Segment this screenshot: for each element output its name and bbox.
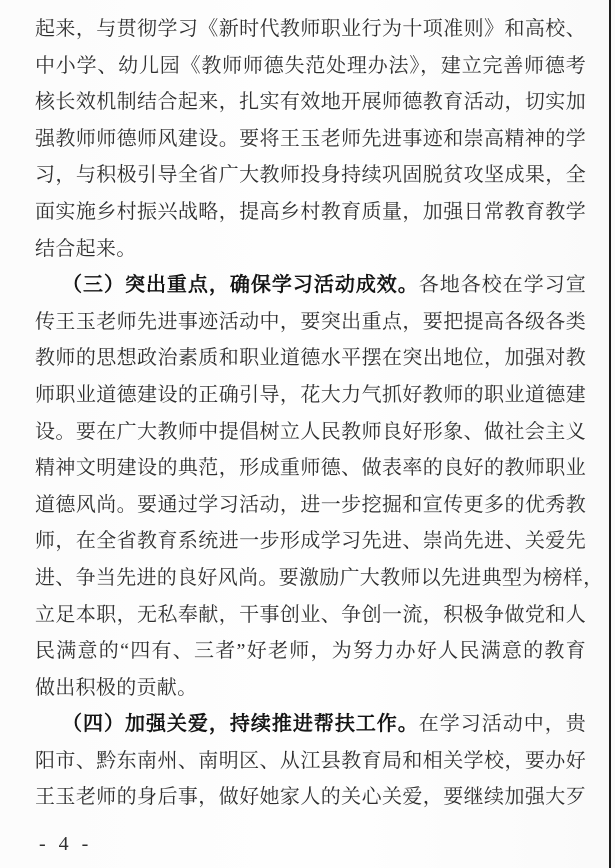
text-line: 民满意的“四有、三者”好老师，为努力办好人民满意的教育	[35, 633, 586, 670]
text-line: 道德风尚。要通过学习活动，进一步挖掘和宣传更多的优秀教	[35, 487, 586, 524]
text-line: 做出积极的贡献。	[35, 670, 586, 707]
document-page: 起来，与贯彻学习《新时代教师职业行为十项准则》和高校、中小学、幼儿园《教师师德失…	[0, 0, 615, 868]
text-segment: 结合起来。	[35, 238, 137, 260]
text-segment: 阳市、黔东南州、南明区、从江县教育局和相关学校，要办好	[35, 750, 586, 772]
text-line: 中小学、幼儿园《教师师德失范处理办法》，建立完善师德考	[35, 48, 586, 85]
text-line: 结合起来。	[35, 231, 586, 268]
text-line: 面实施乡村振兴战略，提高乡村教育质量，加强日常教育教学	[35, 194, 586, 231]
text-segment: 在学习活动中，贵	[419, 713, 586, 735]
paragraph-heading-line: （四）加强关爱，持续推进帮扶工作。在学习活动中，贵	[35, 706, 586, 743]
text-segment: 进、争当先进的良好风尚。要激励广大教师以先进典型为榜样，	[35, 567, 603, 589]
text-line: 起来，与贯彻学习《新时代教师职业行为十项准则》和高校、	[35, 11, 586, 48]
text-segment: 师，在全省教育系统进一步形成学习先进、崇尚先进、关爱先	[35, 530, 586, 552]
text-segment: 立足本职，无私奉献，干事创业、争创一流，积极争做党和人	[35, 604, 586, 626]
text-line: 立足本职，无私奉献，干事创业、争创一流，积极争做党和人	[35, 597, 586, 634]
text-segment: 精神文明建设的典范，形成重师德、做表率的良好的教师职业	[35, 457, 586, 479]
text-segment: 民满意的“四有、三者”好老师，为努力办好人民满意的教育	[35, 640, 586, 662]
scan-edge-line	[609, 0, 611, 868]
text-segment: 做出积极的贡献。	[35, 677, 197, 699]
text-segment: 强教师师德师风建设。要将王玉老师先进事迹和崇高精神的学	[35, 128, 586, 150]
text-segment: 王玉老师的身后事，做好她家人的关心关爱，要继续加强大歹	[35, 786, 586, 808]
section-heading: （四）加强关爱，持续推进帮扶工作。	[62, 713, 419, 735]
page-number: - 4 -	[39, 833, 92, 856]
text-segment: 面实施乡村振兴战略，提高乡村教育质量，加强日常教育教学	[35, 201, 586, 223]
text-segment: 各地各校在学习宣	[419, 274, 586, 296]
text-line: 教师的思想政治素质和职业道德水平摆在突出地位，加强对教	[35, 340, 586, 377]
document-text-block: 起来，与贯彻学习《新时代教师职业行为十项准则》和高校、中小学、幼儿园《教师师德失…	[35, 11, 586, 816]
text-segment: 教师的思想政治素质和职业道德水平摆在突出地位，加强对教	[35, 347, 586, 369]
text-line: 师，在全省教育系统进一步形成学习先进、崇尚先进、关爱先	[35, 523, 586, 560]
text-line: 强教师师德师风建设。要将王玉老师先进事迹和崇高精神的学	[35, 121, 586, 158]
paragraph-heading-line: （三）突出重点，确保学习活动成效。各地各校在学习宣	[35, 267, 586, 304]
text-line: 核长效机制结合起来，扎实有效地开展师德教育活动，切实加	[35, 84, 586, 121]
text-line: 习，与积极引导全省广大教师投身持续巩固脱贫攻坚成果，全	[35, 157, 586, 194]
text-segment: 师职业道德建设的正确引导，花大力气抓好教师的职业道德建	[35, 384, 586, 406]
section-heading: （三）突出重点，确保学习活动成效。	[62, 274, 419, 296]
text-line: 王玉老师的身后事，做好她家人的关心关爱，要继续加强大歹	[35, 779, 586, 816]
text-line: 传王玉老师先进事迹活动中，要突出重点，要把提高各级各类	[35, 304, 586, 341]
text-segment: 道德风尚。要通过学习活动，进一步挖掘和宣传更多的优秀教	[35, 494, 586, 516]
text-segment: 习，与积极引导全省广大教师投身持续巩固脱贫攻坚成果，全	[35, 164, 586, 186]
text-segment: 设。要在广大教师中提倡树立人民教师良好形象、做社会主义	[35, 421, 586, 443]
text-line: 师职业道德建设的正确引导，花大力气抓好教师的职业道德建	[35, 377, 586, 414]
text-line: 设。要在广大教师中提倡树立人民教师良好形象、做社会主义	[35, 414, 586, 451]
text-line: 进、争当先进的良好风尚。要激励广大教师以先进典型为榜样，	[35, 560, 586, 597]
text-segment: 核长效机制结合起来，扎实有效地开展师德教育活动，切实加	[35, 91, 586, 113]
text-segment: 传王玉老师先进事迹活动中，要突出重点，要把提高各级各类	[35, 311, 586, 333]
text-line: 精神文明建设的典范，形成重师德、做表率的良好的教师职业	[35, 450, 586, 487]
text-segment: 中小学、幼儿园《教师师德失范处理办法》，建立完善师德考	[35, 55, 586, 77]
text-line: 阳市、黔东南州、南明区、从江县教育局和相关学校，要办好	[35, 743, 586, 780]
text-segment: 起来，与贯彻学习《新时代教师职业行为十项准则》和高校、	[35, 18, 586, 40]
